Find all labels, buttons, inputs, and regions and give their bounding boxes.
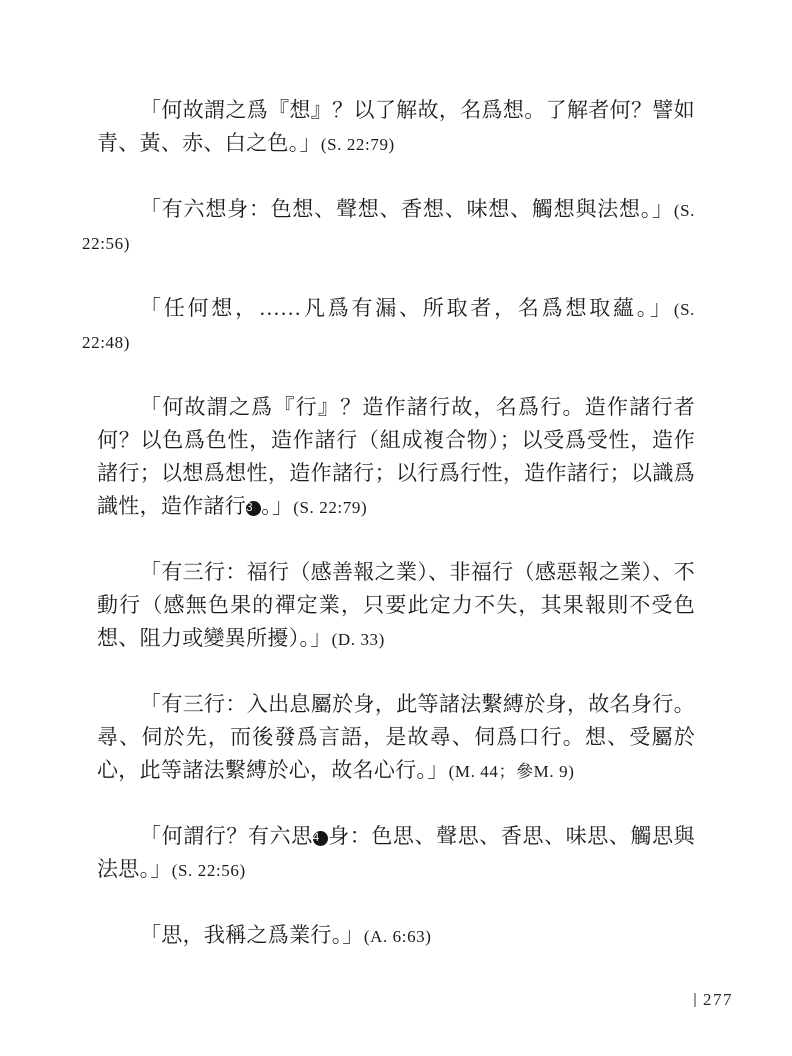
paragraph: 「任何想，……凡爲有漏、所取者，名爲想取蘊。」(S.22:48) xyxy=(97,292,695,358)
text-line: 法思。」(S. 22:56) xyxy=(97,853,695,886)
paragraph: 「何故謂之爲『想』？以了解故，名爲想。了解者何？譬如青、黃、赤、白之色。」(S.… xyxy=(97,94,695,160)
text-line: 「有六想身：色想、聲想、香想、味想、觸想與法想。」(S. xyxy=(97,193,695,226)
text-line: 動行（感無色果的禪定業，只要此定力不失，其果報則不受色 xyxy=(97,589,695,622)
text-line: 想、阻力或變異所擾）。」(D. 33) xyxy=(97,622,695,655)
text-line: 「何謂行？有六思4身：色思、聲思、香思、味思、觸思與 xyxy=(97,820,695,853)
text-line: 諸行；以想爲想性，造作諸行；以行爲行性，造作諸行；以識爲 xyxy=(97,457,695,490)
citation: (A. 6:63) xyxy=(364,927,432,946)
text-run: 何？以色爲色性，造作諸行（組成複合物）；以受爲受性，造作 xyxy=(97,428,695,452)
page-number: 277 xyxy=(703,991,733,1009)
text-line: 何？以色爲色性，造作諸行（組成複合物）；以受爲受性，造作 xyxy=(97,424,695,457)
book-page: 「何故謂之爲『想』？以了解故，名爲想。了解者何？譬如青、黃、赤、白之色。」(S.… xyxy=(0,0,792,1056)
text-line: 22:48) xyxy=(82,325,695,358)
page-text: 「何故謂之爲『想』？以了解故，名爲想。了解者何？譬如青、黃、赤、白之色。」(S.… xyxy=(97,94,695,952)
paragraph: 「有三行：入出息屬於身，此等諸法繫縛於身，故名身行。尋、伺於先，而後發爲言語，是… xyxy=(97,688,695,787)
text-run: 。」 xyxy=(261,494,293,518)
text-run: 識性，造作諸行 xyxy=(97,494,246,518)
footnote-marker: 4 xyxy=(313,831,328,846)
text-run: 「何故謂之爲『想』？以了解故，名爲想。了解者何？譬如 xyxy=(140,98,695,122)
text-line: 「任何想，……凡爲有漏、所取者，名爲想取蘊。」(S. xyxy=(97,292,695,325)
text-run: 「何故謂之爲『行』？造作諸行故，名爲行。造作諸行者 xyxy=(140,395,695,419)
text-line: 「有三行：入出息屬於身，此等諸法繫縛於身，故名身行。 xyxy=(97,688,695,721)
text-line: 「思，我稱之爲業行。」(A. 6:63) xyxy=(97,919,695,952)
text-line: 識性，造作諸行3。」(S. 22:79) xyxy=(97,490,695,523)
citation: 22:48) xyxy=(82,333,130,352)
text-run: 「有三行：福行（感善報之業）、非福行（感惡報之業）、不 xyxy=(140,560,695,584)
footnote-marker: 3 xyxy=(246,501,261,516)
page-footer: 277 xyxy=(694,991,733,1009)
paragraph: 「有三行：福行（感善報之業）、非福行（感惡報之業）、不動行（感無色果的禪定業，只… xyxy=(97,556,695,655)
text-line: 青、黃、赤、白之色。」(S. 22:79) xyxy=(97,127,695,160)
text-line: 「何故謂之爲『行』？造作諸行故，名爲行。造作諸行者 xyxy=(97,391,695,424)
paragraph: 「思，我稱之爲業行。」(A. 6:63) xyxy=(97,919,695,952)
text-run: 心，此等諸法繫縛於心，故名心行。」 xyxy=(97,758,449,782)
text-line: 心，此等諸法繫縛於心，故名心行。」(M. 44；參M. 9) xyxy=(97,754,695,787)
text-run: 法思。」 xyxy=(97,857,172,881)
citation: (S. 22:79) xyxy=(321,135,395,154)
text-run: 「任何想，……凡爲有漏、所取者，名爲想取蘊。」 xyxy=(140,296,674,320)
text-run: 「何謂行？有六思 xyxy=(140,824,313,848)
text-run: 想、阻力或變異所擾）。」 xyxy=(97,626,332,650)
citation: (S. xyxy=(674,201,695,220)
text-line: 22:56) xyxy=(82,226,695,259)
text-run: 身：色思、聲思、香思、味思、觸思與 xyxy=(328,824,695,848)
paragraph: 「有六想身：色想、聲想、香想、味想、觸想與法想。」(S.22:56) xyxy=(97,193,695,259)
text-run: 「思，我稱之爲業行。」 xyxy=(140,923,364,947)
citation: (S. 22:56) xyxy=(172,861,246,880)
text-line: 「何故謂之爲『想』？以了解故，名爲想。了解者何？譬如 xyxy=(97,94,695,127)
citation: (D. 33) xyxy=(332,630,385,649)
text-run: 青、黃、赤、白之色。」 xyxy=(97,131,321,155)
citation: (S. 22:79) xyxy=(293,498,367,517)
text-run: 尋、伺於先，而後發爲言語，是故尋、伺爲口行。想、受屬於 xyxy=(97,725,695,749)
text-run: 動行（感無色果的禪定業，只要此定力不失，其果報則不受色 xyxy=(97,593,695,617)
text-run: 「有六想身：色想、聲想、香想、味想、觸想與法想。」 xyxy=(140,197,674,221)
text-line: 尋、伺於先，而後發爲言語，是故尋、伺爲口行。想、受屬於 xyxy=(97,721,695,754)
text-run: 諸行；以想爲想性，造作諸行；以行爲行性，造作諸行；以識爲 xyxy=(97,461,695,485)
text-line: 「有三行：福行（感善報之業）、非福行（感惡報之業）、不 xyxy=(97,556,695,589)
text-run: 「有三行：入出息屬於身，此等諸法繫縛於身，故名身行。 xyxy=(140,692,695,716)
paragraph: 「何故謂之爲『行』？造作諸行故，名爲行。造作諸行者何？以色爲色性，造作諸行（組成… xyxy=(97,391,695,523)
citation: (M. 44；參M. 9) xyxy=(449,762,575,781)
citation: 22:56) xyxy=(82,234,130,253)
paragraph: 「何謂行？有六思4身：色思、聲思、香思、味思、觸思與法思。」(S. 22:56) xyxy=(97,820,695,886)
citation: (S. xyxy=(674,300,695,319)
folio-divider-icon xyxy=(694,993,696,1007)
